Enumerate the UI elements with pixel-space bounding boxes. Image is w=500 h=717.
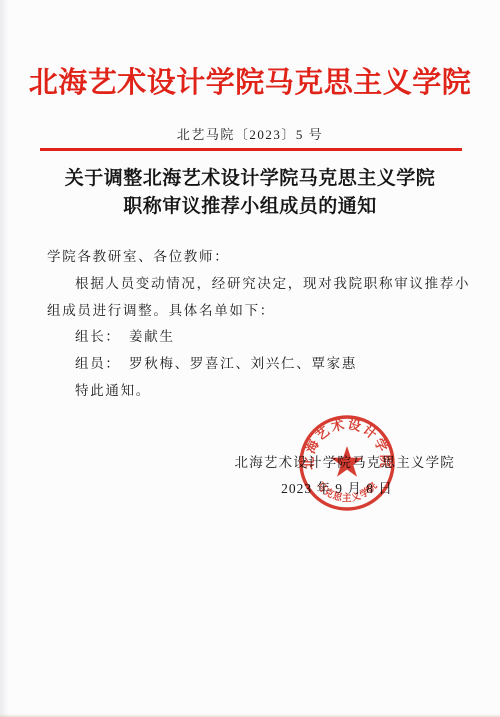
body-paragraph-line2: 组成员进行调整。具体名单如下： [47,298,458,325]
doc-number: 北艺马院〔2023〕5 号 [0,124,500,143]
signature-org: 北海艺术设计学院马克思主义学院 [0,451,455,471]
signature-date: 2023 年 9 月 8 日 [262,477,412,497]
notice-title-line2: 职称审议推荐小组成员的通知 [0,193,500,221]
notice-body: 学院各教研室、各位教师： 根据人员变动情况，经研究决定，现对我院职称审议推荐小 … [47,244,458,405]
members-line: 组员： 罗秋梅、罗喜江、刘兴仁、覃家惠 [47,351,458,378]
closing-line: 特此通知。 [47,378,458,405]
leader-line: 组长： 姜献生 [47,324,458,351]
notice-title: 关于调整北海艺术设计学院马克思主义学院 职称审议推荐小组成员的通知 [0,165,500,220]
body-paragraph-line1: 根据人员变动情况，经研究决定，现对我院职称审议推荐小 [47,271,458,298]
document-page: 北海艺术设计学院马克思主义学院 北艺马院〔2023〕5 号 关于调整北海艺术设计… [0,0,500,717]
red-divider-rule [40,148,462,151]
org-title: 北海艺术设计学院马克思主义学院 [0,66,500,100]
notice-title-line1: 关于调整北海艺术设计学院马克思主义学院 [0,165,500,193]
salutation-line: 学院各教研室、各位教师： [47,244,458,271]
